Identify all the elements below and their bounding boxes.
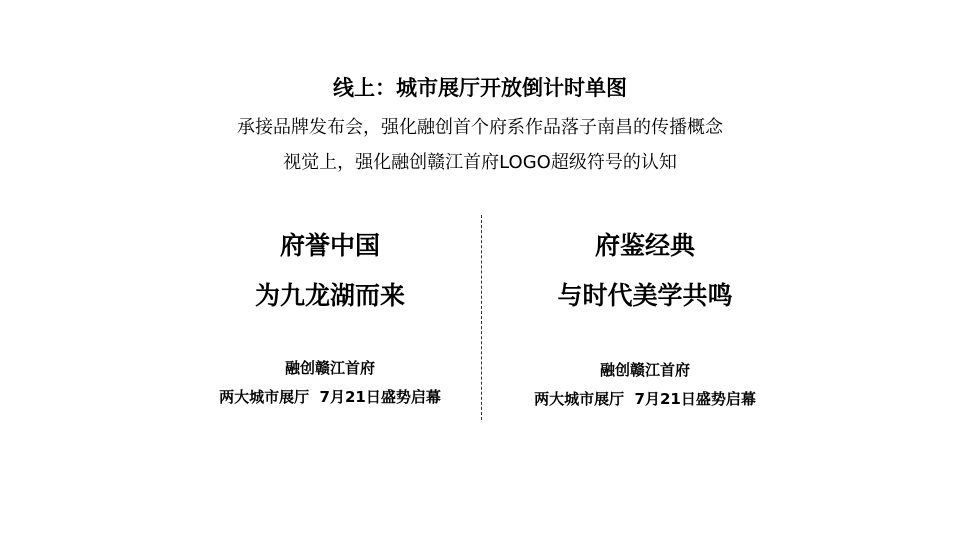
left-event-text: 两大城市展厅 7月21日盛势启幕 xyxy=(180,387,480,407)
right-headline-line-1: 府鉴经典 xyxy=(495,231,795,261)
right-column: 府鉴经典 与时代美学共鸣 融创赣江首府 两大城市展厅 7月21日盛势启幕 xyxy=(495,225,795,409)
slide-title: 线上：城市展厅开放倒计时单图 xyxy=(0,73,960,103)
right-brand-name: 融创赣江首府 xyxy=(495,360,795,380)
left-headline-line-2: 为九龙湖而来 xyxy=(180,281,480,311)
subtitle-line-1: 承接品牌发布会，强化融创首个府系作品落子南昌的传播概念 xyxy=(0,115,960,141)
left-brand-name: 融创赣江首府 xyxy=(180,358,480,378)
left-headline-line-1: 府誉中国 xyxy=(180,231,480,261)
right-event-text: 两大城市展厅 7月21日盛势启幕 xyxy=(495,389,795,409)
subtitle-line-2: 视觉上，强化融创赣江首府LOGO超级符号的认知 xyxy=(0,150,960,176)
right-headline-line-2: 与时代美学共鸣 xyxy=(495,281,795,311)
left-column: 府誉中国 为九龙湖而来 融创赣江首府 两大城市展厅 7月21日盛势启幕 xyxy=(180,225,480,407)
column-divider xyxy=(481,215,482,420)
